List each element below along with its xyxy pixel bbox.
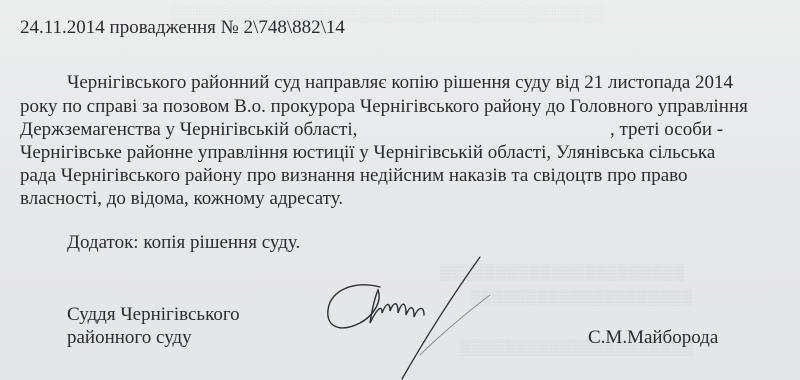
body-line-1: Чернігівського районний суд направляє ко… xyxy=(67,72,733,94)
signer-title-line-2: районного суду xyxy=(67,327,192,349)
document-header: 24.11.2014 провадження № 2\748\882\14 xyxy=(20,17,345,39)
bleed-through-text: ▒▒▒▒▒▒▒▒▒▒▒▒▒▒▒▒▒▒▒▒ xyxy=(470,290,693,307)
body-line-4: Чернігівське районне управління юстиції … xyxy=(20,142,715,164)
signer-name: С.М.Майборода xyxy=(588,327,718,349)
attachment-note: Додаток: копія рішення суду. xyxy=(67,232,300,254)
handwritten-signature-icon xyxy=(320,255,500,380)
body-line-6: власності, до відома, кожному адресату. xyxy=(20,188,343,210)
body-line-3-continued: , треті особи - xyxy=(610,119,723,141)
signer-title-line-1: Суддя Чернігівського xyxy=(67,304,240,326)
document-page: ░░░░░░░░░░░░░░░░░░░░░░░░░░░░░░░░░░░░░░░ … xyxy=(0,0,800,380)
body-line-5: рада Чернігівського району про визнання … xyxy=(20,165,688,187)
body-line-3: Держземагенства у Чернігівській області, xyxy=(20,119,357,141)
body-line-2: року по справі за позовом В.о. прокурора… xyxy=(20,96,748,118)
